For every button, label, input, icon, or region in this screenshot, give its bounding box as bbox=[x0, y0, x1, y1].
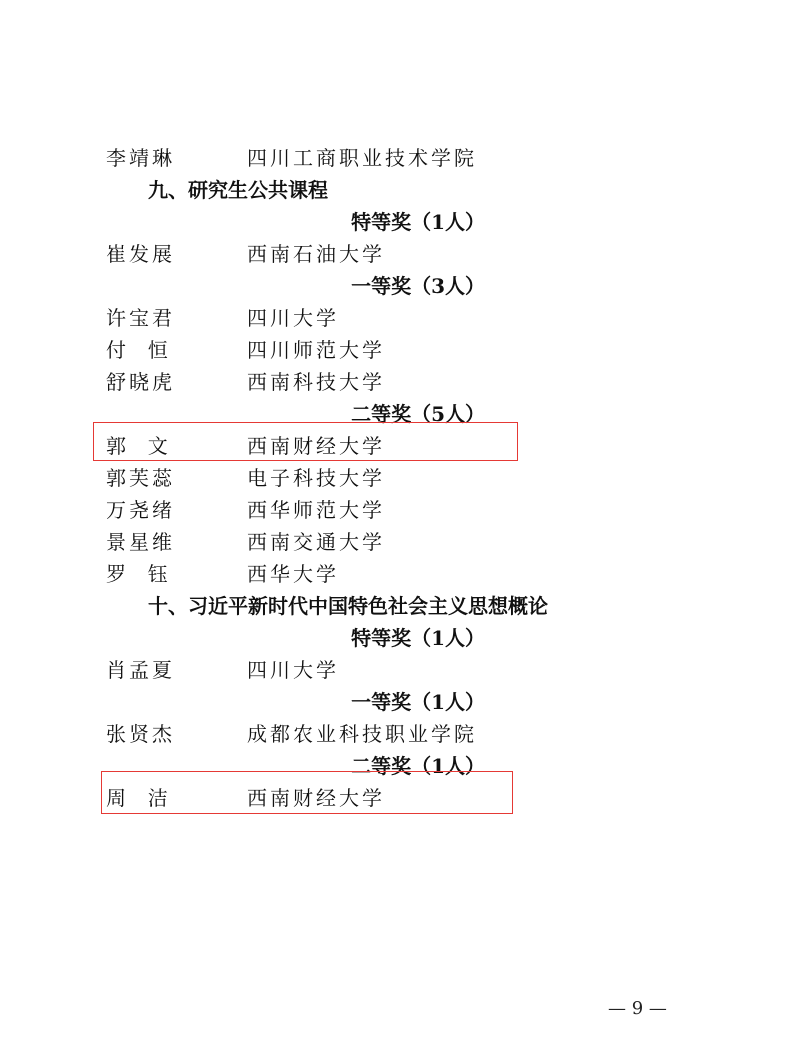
winner-institution: 西华大学 bbox=[247, 558, 339, 587]
list-item: 许宝君 四川大学 bbox=[0, 298, 790, 330]
winner-name: 许宝君 bbox=[106, 302, 175, 331]
section-heading: 十、习近平新时代中国特色社会主义思想概论 bbox=[0, 586, 790, 618]
award-heading: 特等奖（1人） bbox=[0, 202, 790, 234]
winner-institution: 四川大学 bbox=[247, 302, 339, 331]
winner-name: 张贤杰 bbox=[106, 718, 175, 747]
winner-institution: 四川工商职业技术学院 bbox=[247, 142, 477, 171]
list-item: 舒晓虎 西南科技大学 bbox=[0, 362, 790, 394]
winner-name: 付 恒 bbox=[106, 334, 171, 363]
section-heading: 九、研究生公共课程 bbox=[0, 170, 790, 202]
winner-institution: 四川大学 bbox=[247, 654, 339, 683]
award-level: 特等奖（1人） bbox=[351, 206, 485, 235]
list-item: 郭芙蕊 电子科技大学 bbox=[0, 458, 790, 490]
winner-name: 万尧绪 bbox=[106, 494, 175, 523]
award-heading: 特等奖（1人） bbox=[0, 618, 790, 650]
list-item: 景星维 西南交通大学 bbox=[0, 522, 790, 554]
highlight-box bbox=[101, 771, 513, 814]
list-item: 付 恒 四川师范大学 bbox=[0, 330, 790, 362]
winner-institution: 电子科技大学 bbox=[247, 462, 385, 491]
winner-name: 景星维 bbox=[106, 526, 175, 555]
highlight-box bbox=[93, 422, 518, 461]
winner-institution: 西南交通大学 bbox=[247, 526, 385, 555]
winner-name: 罗 钰 bbox=[106, 558, 171, 587]
winner-name: 郭芙蕊 bbox=[106, 462, 175, 491]
list-item: 罗 钰 西华大学 bbox=[0, 554, 790, 586]
winner-institution: 西华师范大学 bbox=[247, 494, 385, 523]
winner-institution: 西南科技大学 bbox=[247, 366, 385, 395]
winner-name: 李靖琳 bbox=[106, 142, 175, 171]
winner-name: 崔发展 bbox=[106, 238, 175, 267]
winner-name: 肖孟夏 bbox=[106, 654, 175, 683]
winner-institution: 四川师范大学 bbox=[247, 334, 385, 363]
list-item: 肖孟夏 四川大学 bbox=[0, 650, 790, 682]
section-title: 九、研究生公共课程 bbox=[148, 174, 328, 203]
list-item: 李靖琳 四川工商职业技术学院 bbox=[0, 138, 790, 170]
winner-institution: 西南石油大学 bbox=[247, 238, 385, 267]
page-number: — 9 — bbox=[608, 998, 667, 1019]
award-heading: 一等奖（1人） bbox=[0, 682, 790, 714]
award-level: 一等奖（3人） bbox=[351, 270, 485, 299]
award-heading: 一等奖（3人） bbox=[0, 266, 790, 298]
award-level: 特等奖（1人） bbox=[351, 622, 485, 651]
list-item: 张贤杰 成都农业科技职业学院 bbox=[0, 714, 790, 746]
section-title: 十、习近平新时代中国特色社会主义思想概论 bbox=[148, 590, 548, 619]
winner-institution: 成都农业科技职业学院 bbox=[247, 718, 477, 747]
award-level: 一等奖（1人） bbox=[351, 686, 485, 715]
list-item: 万尧绪 西华师范大学 bbox=[0, 490, 790, 522]
winner-name: 舒晓虎 bbox=[106, 366, 175, 395]
list-item: 崔发展 西南石油大学 bbox=[0, 234, 790, 266]
